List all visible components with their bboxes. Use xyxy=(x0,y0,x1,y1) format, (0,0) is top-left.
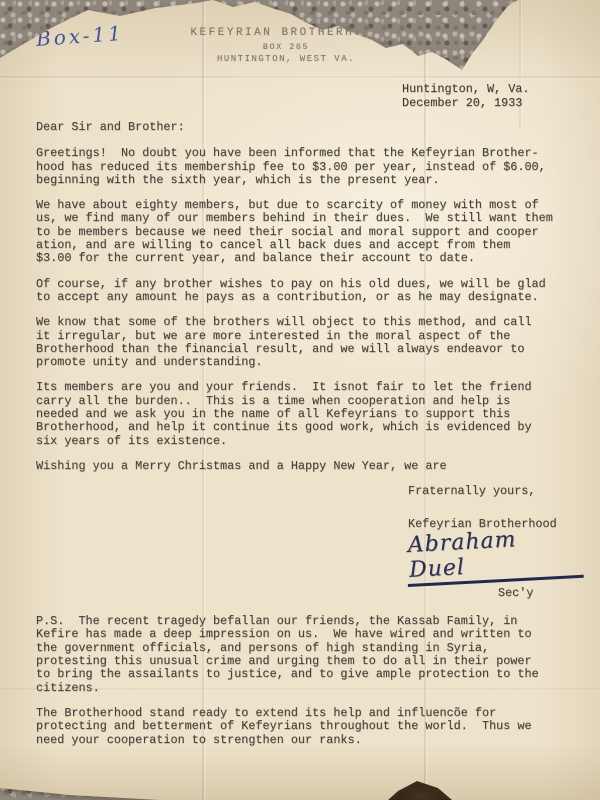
letterhead: KEFEYRIAN BROTHERHOOD BOX 265 HUNTINGTON… xyxy=(150,27,422,64)
postscript: P.S. The recent tragedy befallan our fri… xyxy=(36,615,584,695)
letter-paper: Box-11 KEFEYRIAN BROTHERHOOD BOX 265 HUN… xyxy=(0,0,600,800)
paragraph-6: Wishing you a Merry Christmas and a Happ… xyxy=(36,460,584,473)
handwritten-signature: Abraham Duel xyxy=(405,524,584,587)
paper-wrap: Box-11 KEFEYRIAN BROTHERHOOD BOX 265 HUN… xyxy=(0,0,600,800)
paragraph-5: Its members are you and your friends. It… xyxy=(36,381,584,447)
paragraph-4: We know that some of the brothers will o… xyxy=(36,316,584,369)
closing-block: Fraternally yours, Kefeyrian Brotherhood… xyxy=(408,485,584,600)
fold-crease-corner xyxy=(519,0,521,130)
final-paragraph: The Brotherhood stand ready to extend it… xyxy=(36,707,584,747)
salutation: Dear Sir and Brother: xyxy=(36,121,584,134)
dateline-date: December 20, 1933 xyxy=(402,97,529,111)
carpet-background: Box-11 KEFEYRIAN BROTHERHOOD BOX 265 HUN… xyxy=(0,0,600,800)
signer-title: Sec'y xyxy=(498,587,584,600)
dateline-place: Huntington, W, Va. xyxy=(402,83,529,97)
valediction: Fraternally yours, xyxy=(408,485,584,498)
letterhead-po-box: BOX 265 xyxy=(150,42,422,52)
handwritten-box-number: Box-11 xyxy=(35,21,124,51)
letter-body: Dear Sir and Brother: Greetings! No doub… xyxy=(36,121,584,759)
paragraph-3: Of course, if any brother wishes to pay … xyxy=(36,278,584,305)
dateline: Huntington, W, Va. December 20, 1933 xyxy=(402,83,529,110)
paragraph-2: We have about eighty members, but due to… xyxy=(36,199,584,265)
fold-crease-horizontal-top xyxy=(0,76,600,78)
letterhead-city: HUNTINGTON, WEST VA. xyxy=(150,54,422,64)
paragraph-1: Greetings! No doubt you have been inform… xyxy=(36,147,584,187)
letterhead-org-name: KEFEYRIAN BROTHERHOOD xyxy=(150,27,422,39)
